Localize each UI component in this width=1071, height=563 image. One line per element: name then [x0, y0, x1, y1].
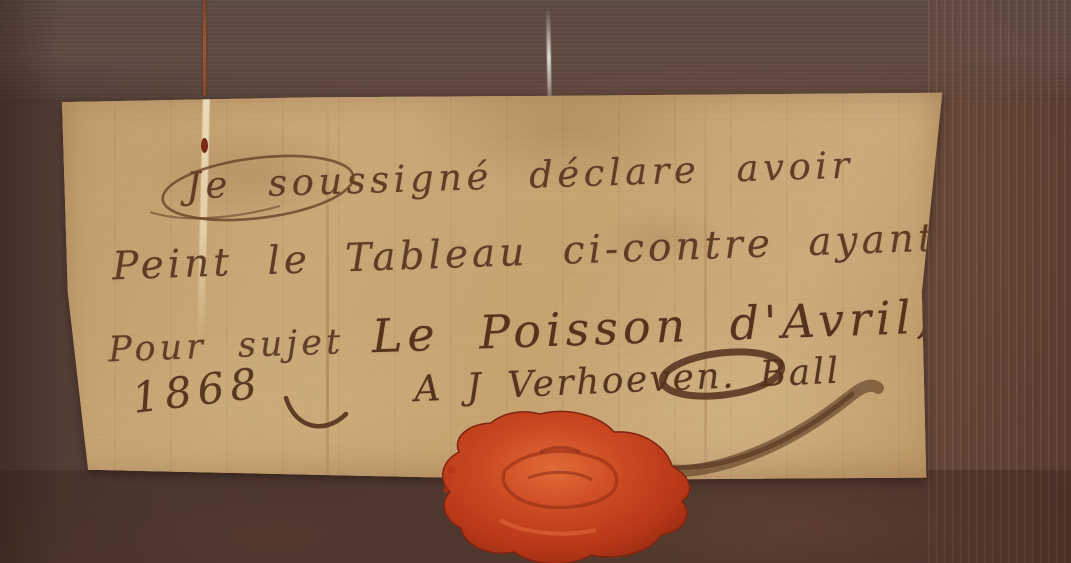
- photo-back-of-painting: Je soussigné déclare avoir Peint le Tabl…: [0, 0, 1071, 563]
- photo-vignette: [0, 0, 1071, 563]
